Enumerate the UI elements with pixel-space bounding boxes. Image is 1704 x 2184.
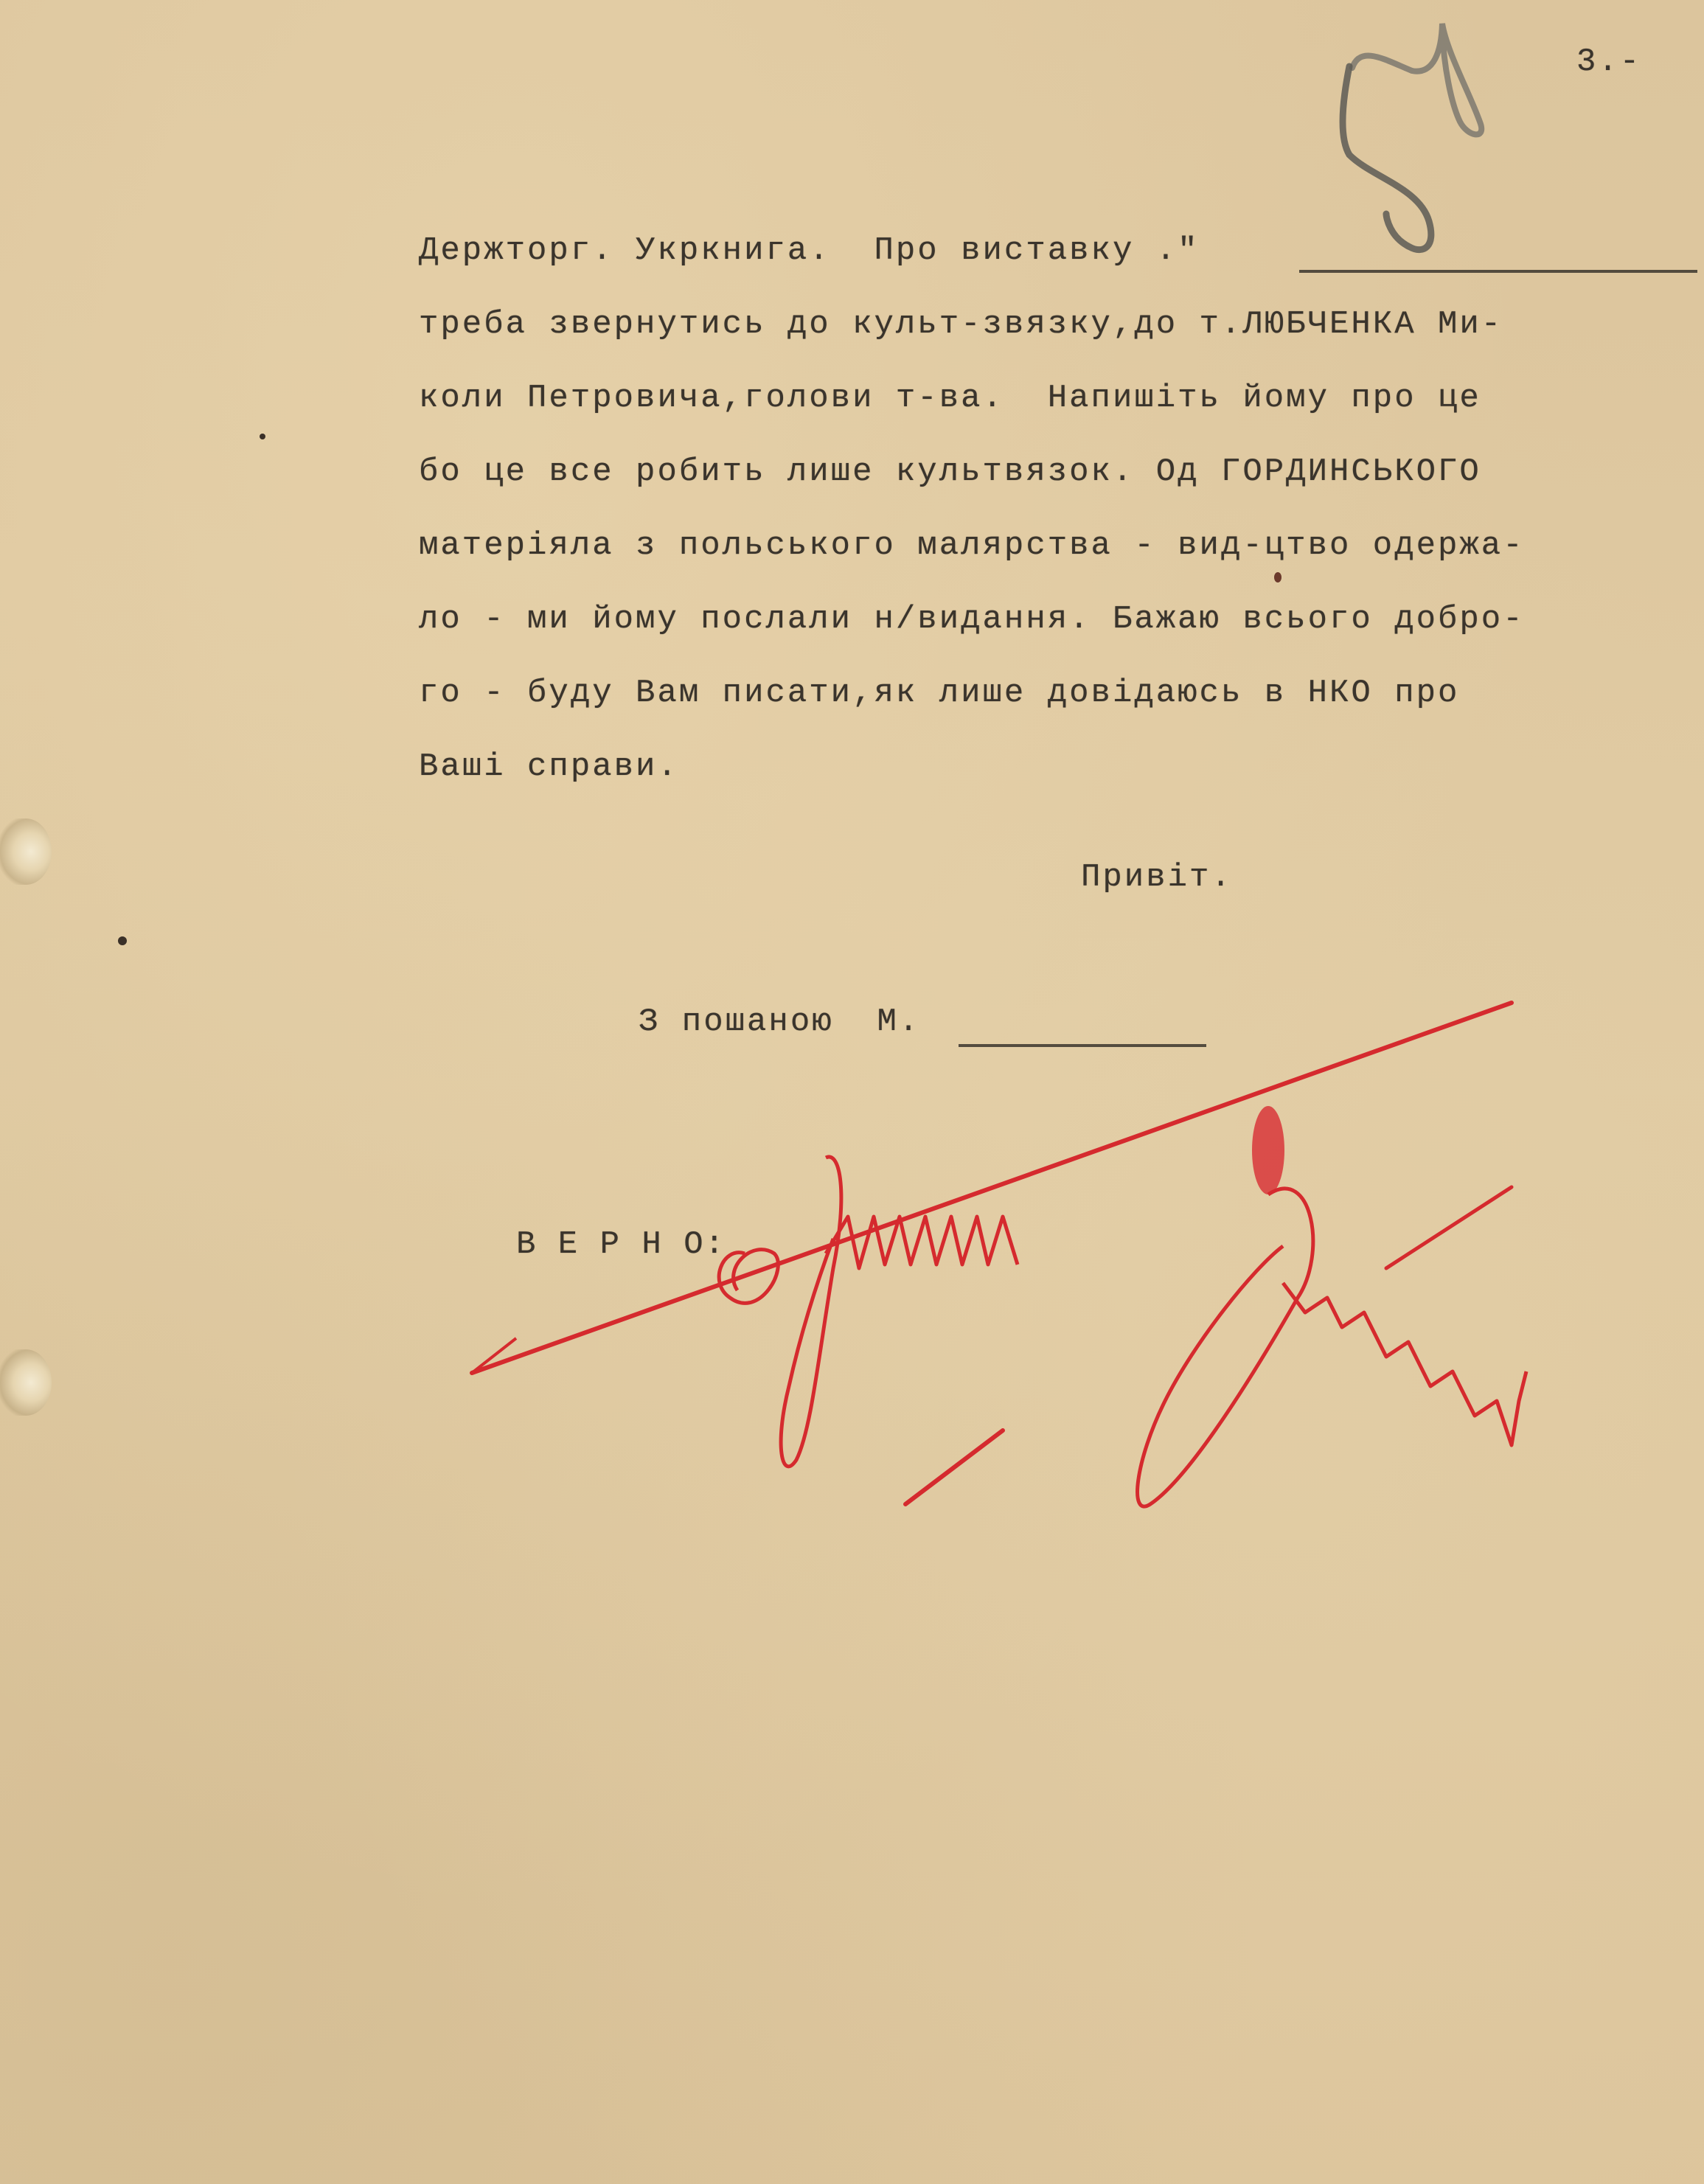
body-line: бо це все робить лише культвязок. Од ГОР… <box>419 456 1481 488</box>
body-line: коли Петровича,голови т-ва. Напишіть йом… <box>419 382 1481 414</box>
body-line: го - буду Вам писати,як лише довідаюсь в… <box>419 677 1459 709</box>
body-line: Ваші справи. <box>419 751 679 783</box>
blank-underline <box>1299 270 1697 273</box>
punch-hole <box>0 1349 52 1416</box>
certification-label: В Е Р Н О: <box>516 1228 726 1261</box>
closing-line: З пошаною М. <box>639 1006 920 1038</box>
ink-spot <box>1274 572 1282 582</box>
body-line: Держторг. Укркнига. Про виставку ." <box>419 234 1200 267</box>
punch-hole <box>0 818 52 885</box>
ink-spot <box>118 936 127 945</box>
body-line: матеріяла з польського малярства - вид-ц… <box>419 529 1525 562</box>
ink-spot <box>260 434 265 439</box>
body-line: треба звернутись до культ-звязку,до т.ЛЮ… <box>419 308 1503 341</box>
body-line: ло - ми йому послали н/видання. Бажаю вс… <box>419 603 1525 636</box>
greeting: Привіт. <box>1081 861 1233 894</box>
signature-underline <box>959 1044 1206 1047</box>
page-number: 3.- <box>1576 46 1641 78</box>
